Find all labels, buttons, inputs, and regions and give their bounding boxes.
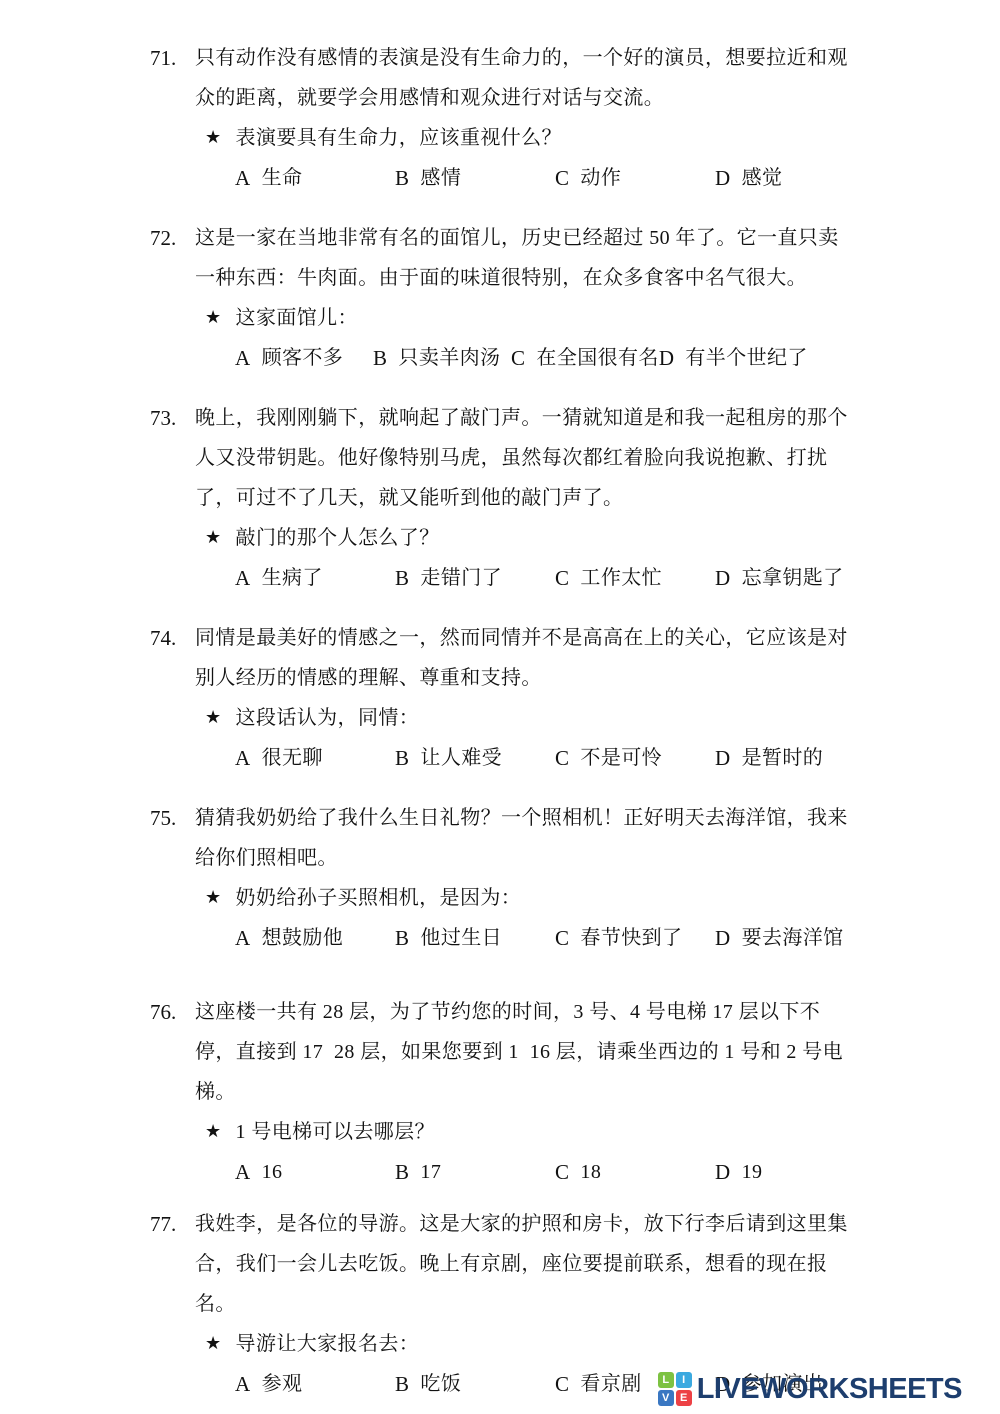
- option-letter: B: [395, 738, 409, 778]
- logo-square-i: I: [676, 1372, 692, 1388]
- option-letter: A: [235, 918, 251, 958]
- option-text: 吃饭: [420, 1364, 461, 1404]
- option-text: 感觉: [742, 158, 783, 198]
- option-c[interactable]: C动作: [555, 158, 715, 198]
- star-icon: ★: [205, 877, 222, 917]
- options-row: A生命 B感情 C动作 D感觉: [150, 158, 850, 198]
- star-icon: ★: [205, 117, 222, 157]
- question-number: 75.: [150, 798, 195, 838]
- option-letter: C: [555, 738, 569, 778]
- option-letter: C: [555, 1152, 569, 1192]
- option-a[interactable]: A16: [235, 1152, 395, 1192]
- option-a[interactable]: A顾客不多: [235, 338, 373, 378]
- options-row: A顾客不多 B只卖羊肉汤 C在全国很有名 D有半个世纪了: [150, 338, 850, 378]
- question-number: 71.: [150, 38, 195, 78]
- option-letter: B: [373, 338, 387, 378]
- option-b[interactable]: B他过生日: [395, 918, 555, 958]
- option-d[interactable]: D19: [715, 1152, 762, 1192]
- passage-row: 71. 只有动作没有感情的表演是没有生命力的，一个好的演员，想要拉近和观众的距离…: [150, 38, 850, 118]
- question-block-75: 75. 猜猜我奶奶给了我什么生日礼物？一个照相机！正好明天去海洋馆，我来给你们照…: [150, 798, 850, 958]
- option-letter: D: [715, 918, 731, 958]
- option-letter: D: [659, 338, 675, 378]
- option-b[interactable]: B让人难受: [395, 738, 555, 778]
- option-letter: A: [235, 558, 251, 598]
- question-prompt-row: ★ 奶奶给孙子买照相机，是因为：: [150, 878, 850, 918]
- question-prompt: 表演要具有生命力，应该重视什么？: [236, 118, 562, 158]
- question-prompt-row: ★ 表演要具有生命力，应该重视什么？: [150, 118, 850, 158]
- question-prompt-row: ★ 这家面馆儿：: [150, 298, 850, 338]
- option-b[interactable]: B只卖羊肉汤: [373, 338, 511, 378]
- question-number: 72.: [150, 218, 195, 258]
- passage-row: 75. 猜猜我奶奶给了我什么生日礼物？一个照相机！正好明天去海洋馆，我来给你们照…: [150, 798, 850, 878]
- option-text: 有半个世纪了: [685, 338, 807, 378]
- option-d[interactable]: D忘拿钥匙了: [715, 558, 844, 598]
- option-text: 他过生日: [420, 918, 502, 958]
- option-letter: D: [715, 558, 731, 598]
- option-letter: D: [715, 738, 731, 778]
- option-letter: C: [511, 338, 525, 378]
- question-prompt: 1 号电梯可以去哪层？: [236, 1112, 435, 1152]
- question-prompt-row: ★ 1 号电梯可以去哪层？: [150, 1112, 850, 1152]
- option-d[interactable]: D要去海洋馆: [715, 918, 844, 958]
- option-a[interactable]: A参观: [235, 1364, 395, 1404]
- liveworksheets-logo: L I V E LIVEWORKSHEETS: [658, 1372, 962, 1406]
- option-letter: D: [715, 158, 731, 198]
- logo-square-l: L: [658, 1372, 674, 1388]
- option-letter: A: [235, 1152, 251, 1192]
- option-text: 感情: [420, 158, 461, 198]
- question-prompt-row: ★ 敲门的那个人怎么了？: [150, 518, 850, 558]
- option-a[interactable]: A很无聊: [235, 738, 395, 778]
- question-prompt: 这段话认为，同情：: [236, 698, 420, 738]
- option-text: 顾客不多: [262, 338, 344, 378]
- option-text: 18: [580, 1152, 601, 1192]
- question-passage: 晚上，我刚刚躺下，就响起了敲门声。一猜就知道是和我一起租房的那个人又没带钥匙。他…: [195, 398, 850, 518]
- logo-square-e: E: [676, 1390, 692, 1406]
- option-text: 忘拿钥匙了: [742, 558, 844, 598]
- option-c[interactable]: C不是可怜: [555, 738, 715, 778]
- option-b[interactable]: B吃饭: [395, 1364, 555, 1404]
- option-letter: C: [555, 1364, 569, 1404]
- option-letter: A: [235, 1364, 251, 1404]
- star-icon: ★: [205, 297, 222, 337]
- option-letter: C: [555, 918, 569, 958]
- option-text: 只卖羊肉汤: [398, 338, 500, 378]
- logo-square-v: V: [658, 1390, 674, 1406]
- option-letter: B: [395, 1152, 409, 1192]
- option-d[interactable]: D有半个世纪了: [659, 338, 808, 378]
- option-text: 春节快到了: [580, 918, 682, 958]
- option-text: 工作太忙: [580, 558, 662, 598]
- passage-row: 72. 这是一家在当地非常有名的面馆儿，历史已经超过 50 年了。它一直只卖一种…: [150, 218, 850, 298]
- option-letter: C: [555, 158, 569, 198]
- passage-row: 74. 同情是最美好的情感之一，然而同情并不是高高在上的关心，它应该是对别人经历…: [150, 618, 850, 698]
- passage-row: 77. 我姓李，是各位的导游。这是大家的护照和房卡，放下行李后请到这里集合，我们…: [150, 1204, 850, 1324]
- liveworksheets-logo-icon: L I V E: [658, 1372, 692, 1406]
- option-text: 是暂时的: [742, 738, 824, 778]
- question-passage: 我姓李，是各位的导游。这是大家的护照和房卡，放下行李后请到这里集合，我们一会儿去…: [195, 1204, 850, 1324]
- option-c[interactable]: C春节快到了: [555, 918, 715, 958]
- question-block-71: 71. 只有动作没有感情的表演是没有生命力的，一个好的演员，想要拉近和观众的距离…: [150, 38, 850, 198]
- option-letter: A: [235, 738, 251, 778]
- option-letter: C: [555, 558, 569, 598]
- option-text: 生命: [262, 158, 303, 198]
- question-block-76: 76. 这座楼一共有 28 层，为了节约您的时间，3 号、4 号电梯 17 层以…: [150, 992, 850, 1192]
- option-a[interactable]: A生命: [235, 158, 395, 198]
- passage-row: 73. 晚上，我刚刚躺下，就响起了敲门声。一猜就知道是和我一起租房的那个人又没带…: [150, 398, 850, 518]
- option-d[interactable]: D是暂时的: [715, 738, 823, 778]
- options-row: A生病了 B走错门了 C工作太忙 D忘拿钥匙了: [150, 558, 850, 598]
- option-letter: B: [395, 558, 409, 598]
- option-c[interactable]: C在全国很有名: [511, 338, 659, 378]
- option-letter: B: [395, 1364, 409, 1404]
- star-icon: ★: [205, 697, 222, 737]
- option-a[interactable]: A生病了: [235, 558, 395, 598]
- option-text: 16: [262, 1152, 283, 1192]
- question-passage: 猜猜我奶奶给了我什么生日礼物？一个照相机！正好明天去海洋馆，我来给你们照相吧。: [195, 798, 850, 878]
- worksheet-page: 71. 只有动作没有感情的表演是没有生命力的，一个好的演员，想要拉近和观众的距离…: [0, 0, 1000, 1414]
- option-text: 想鼓励他: [262, 918, 344, 958]
- question-number: 74.: [150, 618, 195, 658]
- option-b[interactable]: B走错门了: [395, 558, 555, 598]
- question-block-74: 74. 同情是最美好的情感之一，然而同情并不是高高在上的关心，它应该是对别人经历…: [150, 618, 850, 778]
- question-prompt-row: ★ 导游让大家报名去：: [150, 1324, 850, 1364]
- question-prompt: 这家面馆儿：: [236, 298, 358, 338]
- option-text: 看京剧: [580, 1364, 641, 1404]
- option-text: 动作: [580, 158, 621, 198]
- options-row: A16 B17 C18 D19: [150, 1152, 850, 1192]
- question-passage: 这是一家在当地非常有名的面馆儿，历史已经超过 50 年了。它一直只卖一种东西：牛…: [195, 218, 850, 298]
- question-block-73: 73. 晚上，我刚刚躺下，就响起了敲门声。一猜就知道是和我一起租房的那个人又没带…: [150, 398, 850, 598]
- option-letter: A: [235, 338, 251, 378]
- question-passage: 这座楼一共有 28 层，为了节约您的时间，3 号、4 号电梯 17 层以下不停，…: [195, 992, 850, 1112]
- question-passage: 同情是最美好的情感之一，然而同情并不是高高在上的关心，它应该是对别人经历的情感的…: [195, 618, 850, 698]
- option-text: 生病了: [262, 558, 323, 598]
- option-letter: B: [395, 158, 409, 198]
- star-icon: ★: [205, 517, 222, 557]
- option-text: 要去海洋馆: [742, 918, 844, 958]
- option-text: 19: [742, 1152, 763, 1192]
- question-prompt: 导游让大家报名去：: [236, 1324, 420, 1364]
- option-b[interactable]: B17: [395, 1152, 555, 1192]
- option-text: 很无聊: [262, 738, 323, 778]
- question-prompt: 敲门的那个人怎么了？: [236, 518, 440, 558]
- liveworksheets-logo-text: LIVEWORKSHEETS: [697, 1373, 962, 1406]
- option-text: 走错门了: [420, 558, 502, 598]
- option-c[interactable]: C工作太忙: [555, 558, 715, 598]
- option-b[interactable]: B感情: [395, 158, 555, 198]
- option-a[interactable]: A想鼓励他: [235, 918, 395, 958]
- question-number: 76.: [150, 992, 195, 1032]
- options-row: A想鼓励他 B他过生日 C春节快到了 D要去海洋馆: [150, 918, 850, 958]
- question-passage: 只有动作没有感情的表演是没有生命力的，一个好的演员，想要拉近和观众的距离，就要学…: [195, 38, 850, 118]
- question-number: 73.: [150, 398, 195, 438]
- option-text: 在全国很有名: [536, 338, 658, 378]
- question-prompt: 奶奶给孙子买照相机，是因为：: [236, 878, 522, 918]
- passage-row: 76. 这座楼一共有 28 层，为了节约您的时间，3 号、4 号电梯 17 层以…: [150, 992, 850, 1112]
- option-letter: B: [395, 918, 409, 958]
- option-c[interactable]: C18: [555, 1152, 715, 1192]
- option-text: 参观: [262, 1364, 303, 1404]
- option-text: 不是可怜: [580, 738, 662, 778]
- question-number: 77.: [150, 1204, 195, 1244]
- star-icon: ★: [205, 1323, 222, 1363]
- option-text: 17: [420, 1152, 441, 1192]
- option-d[interactable]: D感觉: [715, 158, 782, 198]
- option-letter: A: [235, 158, 251, 198]
- option-letter: D: [715, 1152, 731, 1192]
- star-icon: ★: [205, 1111, 222, 1151]
- question-block-72: 72. 这是一家在当地非常有名的面馆儿，历史已经超过 50 年了。它一直只卖一种…: [150, 218, 850, 378]
- options-row: A很无聊 B让人难受 C不是可怜 D是暂时的: [150, 738, 850, 778]
- option-text: 让人难受: [420, 738, 502, 778]
- question-prompt-row: ★ 这段话认为，同情：: [150, 698, 850, 738]
